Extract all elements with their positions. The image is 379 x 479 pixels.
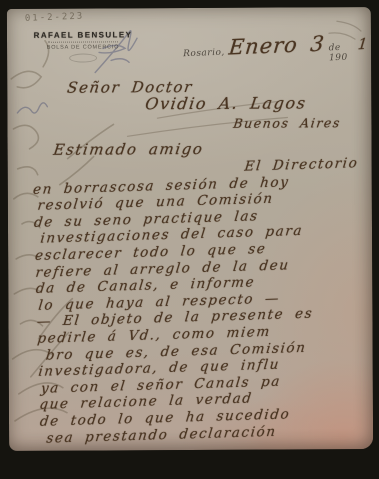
archival-code: 01-2-223 bbox=[25, 12, 85, 24]
dateline-year-printed: de 190 bbox=[328, 42, 354, 63]
letter-paper: 01-2-223 RAFAEL BENSULEY BOLSA DE COMERC… bbox=[7, 7, 373, 451]
recipient-name: Ovidio A. Lagos bbox=[144, 93, 308, 113]
salutation: Estimado amigo bbox=[52, 140, 204, 159]
dateline-year-digit: 1 bbox=[357, 35, 370, 54]
dateline-month-day: Enero 3 bbox=[227, 32, 325, 60]
letterhead-name: RAFAEL BENSULEY bbox=[31, 30, 135, 40]
letterhead-rule bbox=[48, 41, 118, 42]
letterhead-subtitle: BOLSA DE COMERCIO bbox=[31, 44, 135, 51]
recipient-city: Buenos Aires bbox=[232, 115, 342, 131]
letterhead-ornament bbox=[69, 53, 97, 62]
letterhead: RAFAEL BENSULEY BOLSA DE COMERCIO bbox=[31, 30, 135, 63]
dateline: Rosario, Enero 3 de 190 1 bbox=[182, 30, 369, 69]
letter-body: El Directorio en borrascosa sesión de ho… bbox=[32, 155, 368, 447]
scanned-letter: 01-2-223 RAFAEL BENSULEY BOLSA DE COMERC… bbox=[0, 0, 379, 479]
dateline-place: Rosario, bbox=[183, 48, 225, 60]
